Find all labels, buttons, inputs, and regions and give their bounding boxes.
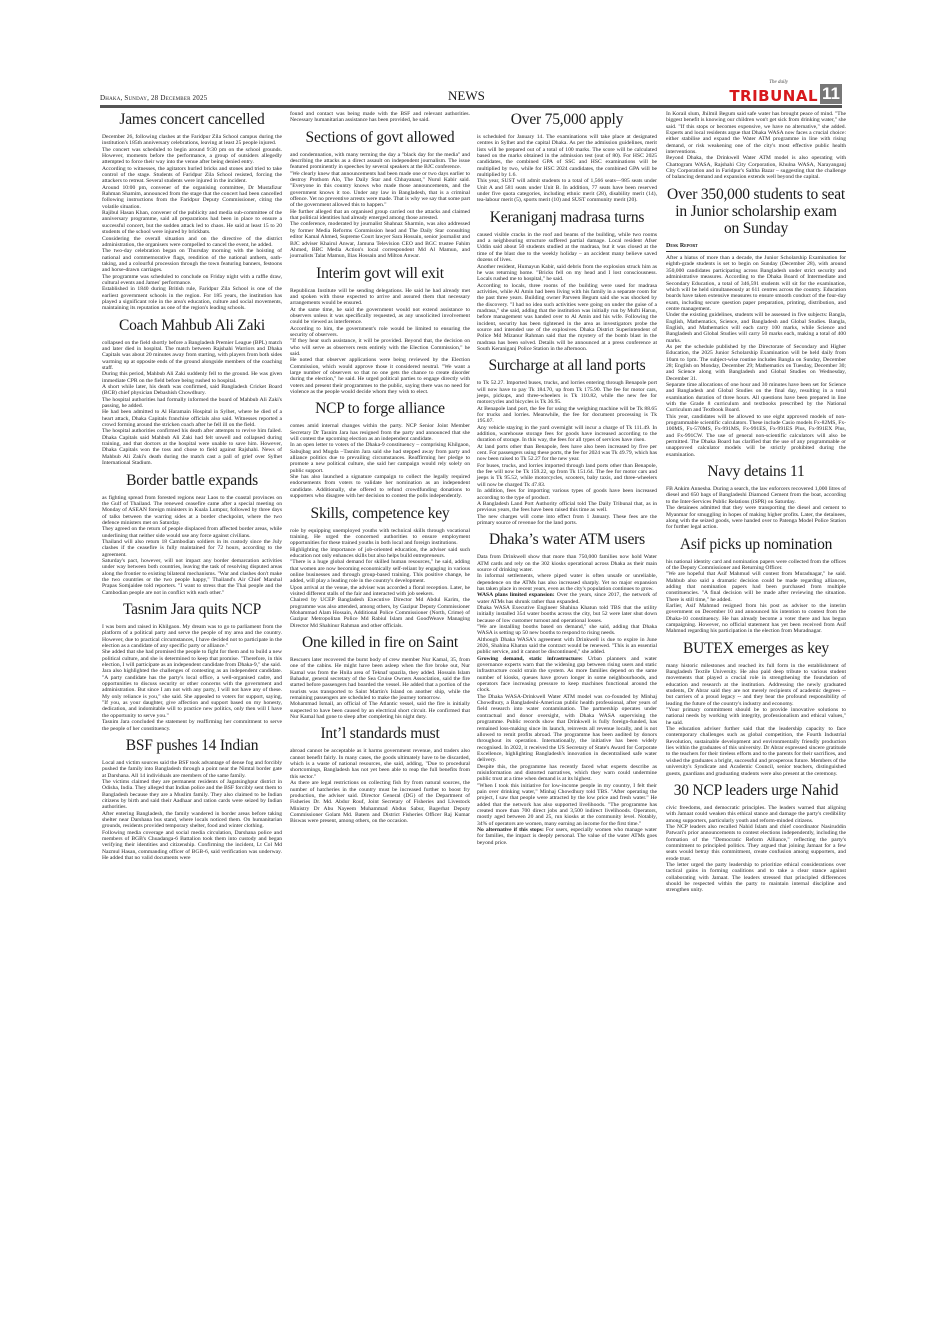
article-paragraph: He had been admitted to Al Haramain Hosp…: [102, 409, 282, 428]
article-headline: NCP to forge alliance: [290, 400, 470, 417]
article-paragraph: At land ports other than Benapole, fees …: [477, 444, 657, 463]
article-paragraph: "We are hopeful that Asif Mahmud will co…: [666, 571, 846, 603]
article-paragraph: FB Ankim Annesha. During a search, the l…: [666, 486, 846, 505]
article-headline: Over 350,000 students to seat in Junior …: [666, 186, 846, 237]
article-paragraph: Highlighting the importance of job-orien…: [290, 547, 470, 560]
article-paragraph: civic freedoms, and democratic principle…: [666, 805, 846, 824]
article-paragraph: The conference, moderated by journalist …: [290, 221, 470, 259]
article-headline: Interim govt will exit: [290, 265, 470, 282]
article-paragraph: I was born and raised in Khilgaon. My dr…: [102, 624, 282, 649]
article-paragraph: comes amid internal changes within the p…: [290, 423, 470, 442]
article-paragraph: After entering Bangladesh, the family wa…: [102, 811, 282, 830]
column-3: Over 75,000 applyis scheduled for Januar…: [477, 111, 657, 846]
article-paragraph: The Dhaka WASA-Drinkwell Water ATM model…: [477, 694, 657, 764]
article-paragraph: Thailand will also return 18 Cambodian s…: [102, 539, 282, 558]
article-paragraph: She added that she had promised the peop…: [102, 649, 282, 668]
article-paragraph: The education adviser further said that …: [666, 726, 846, 777]
article-paragraph: to Tk 52.27. Imported buses, trucks, and…: [477, 380, 657, 405]
article-headline: James concert cancelled: [102, 111, 282, 128]
article-paragraph: As there are legal restrictions on colle…: [290, 780, 470, 824]
article-headline: Navy detains 11: [666, 463, 846, 480]
article-paragraph: Although Dhaka WASA's agreement with Dri…: [477, 637, 657, 656]
article-paragraph: as fighting spread from forested regions…: [102, 495, 282, 527]
article-headline: Dhaka’s water ATM users: [477, 531, 657, 548]
article-paragraph: Mohammad Ismail, an official of The Atla…: [290, 701, 470, 720]
article-paragraph: The detainees admitted that they were tr…: [666, 505, 846, 530]
column-2: found and contact was being made with th…: [290, 111, 470, 825]
article-headline: BSF pushes 14 Indian: [102, 737, 282, 754]
article-paragraph: The hospital authorities confirmed his d…: [102, 428, 282, 466]
article-paragraph: The programme was scheduled to conclude …: [102, 274, 282, 287]
article-paragraph: Under the existing guidelines, students …: [666, 312, 846, 344]
article-paragraph: In addition, fees for importing various …: [477, 488, 657, 501]
article-headline: Coach Mahbub Ali Zaki: [102, 317, 282, 334]
article-paragraph: WASA plans limited expansion: Over the y…: [477, 592, 657, 605]
article-headline: Tasnim Jara quits NCP: [102, 601, 282, 618]
article-paragraph: Chaired by UCEP Bangladesh Executive Dir…: [290, 597, 470, 629]
article-headline: Surcharge at all land ports: [477, 357, 657, 374]
article-paragraph: They agreed on the return of people disp…: [102, 526, 282, 539]
article-paragraph: and condemnation, with many terming the …: [290, 152, 470, 171]
article-paragraph: Another resident, Humayun Kabir, said de…: [477, 264, 657, 283]
article-paragraph: According to witnesses, the agitators hu…: [102, 166, 282, 185]
article-paragraph: Earlier, Asif Mahmud resigned from his p…: [666, 603, 846, 635]
article-paragraph: "Your primary commitment should be to pr…: [666, 707, 846, 726]
article-paragraph: For buses, trucks, and lorries imported …: [477, 463, 657, 488]
header-rule: [100, 105, 842, 108]
article-paragraph: The hospital authorities had formally in…: [102, 397, 282, 410]
article-paragraph: Any vehicle staying in the yard overnigh…: [477, 425, 657, 444]
article-headline: 30 NCP leaders urge Nahid: [666, 782, 846, 799]
article-paragraph: In an open letter to voters of the Dhaka…: [290, 442, 470, 474]
article-paragraph: Local and victim sources said the BSF to…: [102, 760, 282, 779]
article-paragraph: Growing demand, static infrastructure: U…: [477, 656, 657, 694]
article-paragraph: Established in 1840 during British rule,…: [102, 286, 282, 311]
article-paragraph: caused visible cracks in the roof and be…: [477, 232, 657, 264]
page-number: 11: [820, 84, 842, 104]
article-paragraph: many historic milestones and reached its…: [666, 663, 846, 707]
article-paragraph: After a hiatus of more than a decade, th…: [666, 255, 846, 312]
article-paragraph: The two-day celebration began on Thursda…: [102, 248, 282, 273]
article-paragraph: According to locals, three rooms of the …: [477, 283, 657, 353]
article-paragraph: No alternative if this stops: For users,…: [477, 827, 657, 846]
article-paragraph: The victims claimed they are permanent r…: [102, 779, 282, 811]
logo-tagline: The daily: [769, 80, 788, 85]
article-paragraph: "If they hear such assistance, it will b…: [290, 338, 470, 357]
article-paragraph: collapsed on the field shortly before a …: [102, 340, 282, 372]
article-paragraph: As per the schedule published by the Dir…: [666, 344, 846, 382]
article-paragraph: During this period, Mahbub Ali Zaki sudd…: [102, 371, 282, 384]
article-headline: Over 75,000 apply: [477, 111, 657, 128]
article-paragraph: abroad cannot be acceptable as it harms …: [290, 748, 470, 780]
article-paragraph: Following media coverage and social medi…: [102, 830, 282, 862]
article-paragraph: Considering the overall situation and on…: [102, 236, 282, 249]
page-masthead: Dhaka, Sunday, 28 December 2025 NEWS The…: [100, 80, 842, 104]
article-paragraph: Saturday's pact, however, will not impac…: [102, 558, 282, 596]
article-paragraph: A Bangladesh Land Port Authority officia…: [477, 501, 657, 514]
article-paragraph: The new charges will come into effect fr…: [477, 514, 657, 527]
article-paragraph: Republican Institute will be sending del…: [290, 288, 470, 307]
article-paragraph: "There is a huge global demand for skill…: [290, 559, 470, 584]
article-paragraph: Dhaka WASA Executive Engineer Shahina Kh…: [477, 605, 657, 624]
newspaper-logo: The daily TRIBUNAL 11: [729, 84, 842, 104]
article-paragraph: Separate time allocations of one hour an…: [666, 382, 846, 414]
article-paragraph: He noted that observer applications were…: [290, 357, 470, 395]
article-paragraph: The concert was scheduled to begin aroun…: [102, 147, 282, 166]
article-paragraph: Rescuers later recovered the burnt body …: [290, 657, 470, 701]
article-paragraph: "When I took this initiative for low-inc…: [477, 783, 657, 827]
article-headline: Sections of govt allowed: [290, 129, 470, 146]
article-paragraph: In Korail slum, Jhilmil Begum said safe …: [666, 111, 846, 155]
article-headline: Asif picks up nomination: [666, 536, 846, 553]
article-headline: Int’l standards must: [290, 725, 470, 742]
article-headline: Skills, competence key: [290, 505, 470, 522]
article-paragraph: Beyond Dhaka, the Drinkwell Water ATM mo…: [666, 155, 846, 180]
article-paragraph: "We clearly knew that announcements had …: [290, 171, 470, 209]
article-paragraph: The letter urged the party leadership to…: [666, 862, 846, 894]
article-paragraph: At the same time, he said the government…: [290, 307, 470, 326]
article-paragraph: The NCP leaders also recalled Nahid Isla…: [666, 824, 846, 862]
article-paragraph: She has also launched a signature campai…: [290, 474, 470, 499]
article-paragraph: In informal settlements, where piped wat…: [477, 573, 657, 592]
article-paragraph: "We are installing booths based on deman…: [477, 624, 657, 637]
article-paragraph: Data from Drinkwell show that more than …: [477, 554, 657, 573]
column-1: James concert cancelledDecember 26, foll…: [102, 111, 282, 861]
article-headline: BUTEX emerges as key: [666, 640, 846, 657]
subhead-lead: Growing demand, static infrastructure:: [477, 656, 583, 662]
byline: Desk Report: [666, 243, 846, 252]
article-paragraph: Rajibul Hasan Khan, convener of the publ…: [102, 210, 282, 235]
article-paragraph: He further alleged that an organised gro…: [290, 209, 470, 222]
article-paragraph: December 26, following clashes at the Fa…: [102, 134, 282, 147]
article-paragraph: his national identity card and nominatio…: [666, 559, 846, 572]
paragraph-text: Urban planners and water governance expe…: [477, 656, 657, 694]
article-headline: Keraniganj madrasa turns: [477, 209, 657, 226]
article-paragraph: This year, SUST will admit students to a…: [477, 178, 657, 203]
article-paragraph: A short while later, his death was confi…: [102, 384, 282, 397]
article-paragraph: is scheduled for January 14. The examina…: [477, 134, 657, 178]
article-paragraph: Tasnim Jara concluded the statement by r…: [102, 719, 282, 732]
article-headline: Border battle expands: [102, 472, 282, 489]
section-title: NEWS: [448, 88, 485, 104]
column-4: In Korail slum, Jhilmil Begum said safe …: [666, 111, 846, 894]
article-paragraph: This year, candidates will be allowed to…: [666, 414, 846, 458]
article-paragraph: Upon arrival at the venue, the adviser w…: [290, 585, 470, 598]
article-paragraph: Jara also highlighted the challenges of …: [102, 668, 282, 719]
article-paragraph: At Benapole land port, the fee for using…: [477, 406, 657, 425]
logo-wordmark: TRIBUNAL: [729, 89, 818, 104]
article-paragraph: found and contact was being made with th…: [290, 111, 470, 124]
article-paragraph: role by equipping unemployed youths with…: [290, 528, 470, 547]
article-paragraph: Despite this, the programme has recently…: [477, 764, 657, 783]
article-headline: One killed in fire on Saint: [290, 634, 470, 651]
article-paragraph: Around 10:00 pm, convener of the organis…: [102, 185, 282, 210]
article-paragraph: According to him, the government's role …: [290, 326, 470, 339]
dateline: Dhaka, Sunday, 28 December 2025: [100, 94, 207, 102]
subhead-lead: WASA plans limited expansion:: [477, 592, 555, 598]
